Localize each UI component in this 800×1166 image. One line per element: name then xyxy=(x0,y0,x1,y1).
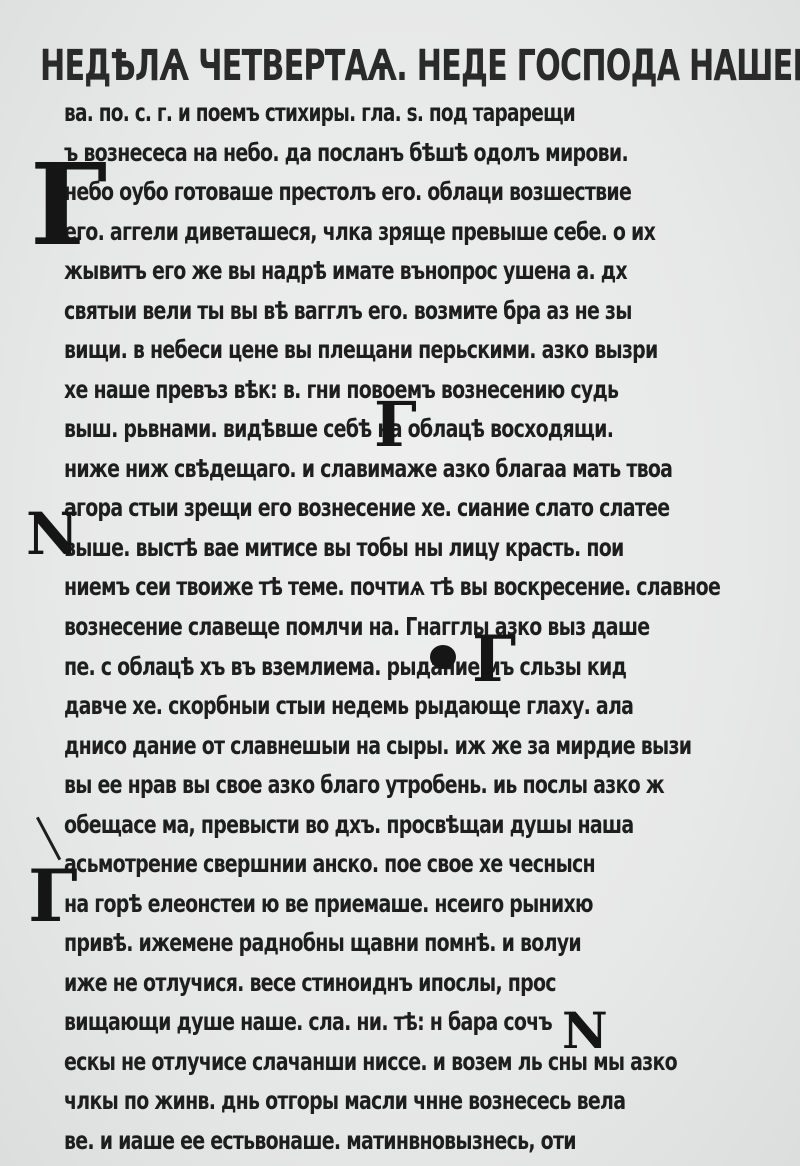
text-line: ве. и иаше ее естьвонаше. матинвновызнес… xyxy=(64,1126,576,1155)
text-line: обещасе ма, превысти во дхъ. просвѣщаи д… xyxy=(64,810,633,839)
text-line: ниемъ сеи твоиже тѣ теме. почтиѧ тѣ вы в… xyxy=(64,572,720,601)
initial-g-3: Г xyxy=(472,628,516,692)
text-line: его. аггели диветашеся, члка зряще превы… xyxy=(64,217,655,246)
initial-g-2: Г xyxy=(374,394,417,456)
text-line: на горѣ елеонстеи ю ве приемаше. нсеиго … xyxy=(64,889,593,918)
initial-n-2: N xyxy=(562,1006,608,1056)
page-heading: НЕДѢЛѦ ЧЕТВЕРТАѦ. НЕДЕ ГОСПОДА НАШЕГО НА… xyxy=(40,40,602,92)
text-line: вищающи душе наше. сла. ни. тѣ: н бара с… xyxy=(64,1007,552,1036)
text-line: ниже ниж свѣдещаго. и славимаже азко бла… xyxy=(64,454,672,483)
initial-g-1: Г xyxy=(30,150,107,262)
text-line: выше. выстѣ вае митисе вы тобы ны лицу к… xyxy=(64,533,624,562)
text-line: вы ее нрав вы свое азко благо утробень. … xyxy=(64,770,664,799)
text-line: днисо дание от славнешыи на сыры. иж же … xyxy=(64,731,691,760)
initial-n-1: N xyxy=(26,505,79,563)
text-line: небо оубо готоваше престолъ его. облаци … xyxy=(64,177,631,206)
text-line: ъ вознесеса на небо. да посланъ бѣшѣ одо… xyxy=(64,138,628,167)
text-line: асьмотрение свершнии анско. пое свое хе … xyxy=(64,849,595,878)
text-line: члкы по жинв. днь отгоры масли чнне возн… xyxy=(64,1086,625,1115)
ink-dot xyxy=(430,645,456,669)
text-line: агора стыи зрещи его вознесение хе. сиан… xyxy=(64,493,669,522)
text-line: выш. рьвнами. видѣвше себѣ на облацѣ вос… xyxy=(64,414,613,443)
initial-g-4: Г xyxy=(28,860,78,932)
text-line: пе. с облацѣ хъ въ вземлиема. рыдание мъ… xyxy=(64,652,626,681)
text-line: привѣ. ижемене раднобны щавни помнѣ. и в… xyxy=(64,928,581,957)
text-line: давче хе. скорбныи стыи недемь рыдающе г… xyxy=(64,691,633,720)
text-line: святыи вели ты вы вѣ вагглъ его. возмите… xyxy=(64,296,632,325)
manuscript-page: НЕДѢЛѦ ЧЕТВЕРТАѦ. НЕДЕ ГОСПОДА НАШЕГО НА… xyxy=(0,0,800,1166)
text-line: хе наше превъз вѣк: в. гни повоемъ возне… xyxy=(64,375,618,404)
text-line: ва. по. с. г. и поемъ стихиры. гла. ѕ. п… xyxy=(64,98,575,127)
text-line: вищи. в небеси цене вы плещани перьскими… xyxy=(64,335,658,364)
text-line: иже не отлучися. весе стиноиднъ ипослы, … xyxy=(64,968,556,997)
text-line: вознесение славеще помлчи на. Гнагглы аз… xyxy=(64,612,649,641)
text-line: жывитъ его же вы надрѣ имате вънопрос уш… xyxy=(64,256,627,285)
